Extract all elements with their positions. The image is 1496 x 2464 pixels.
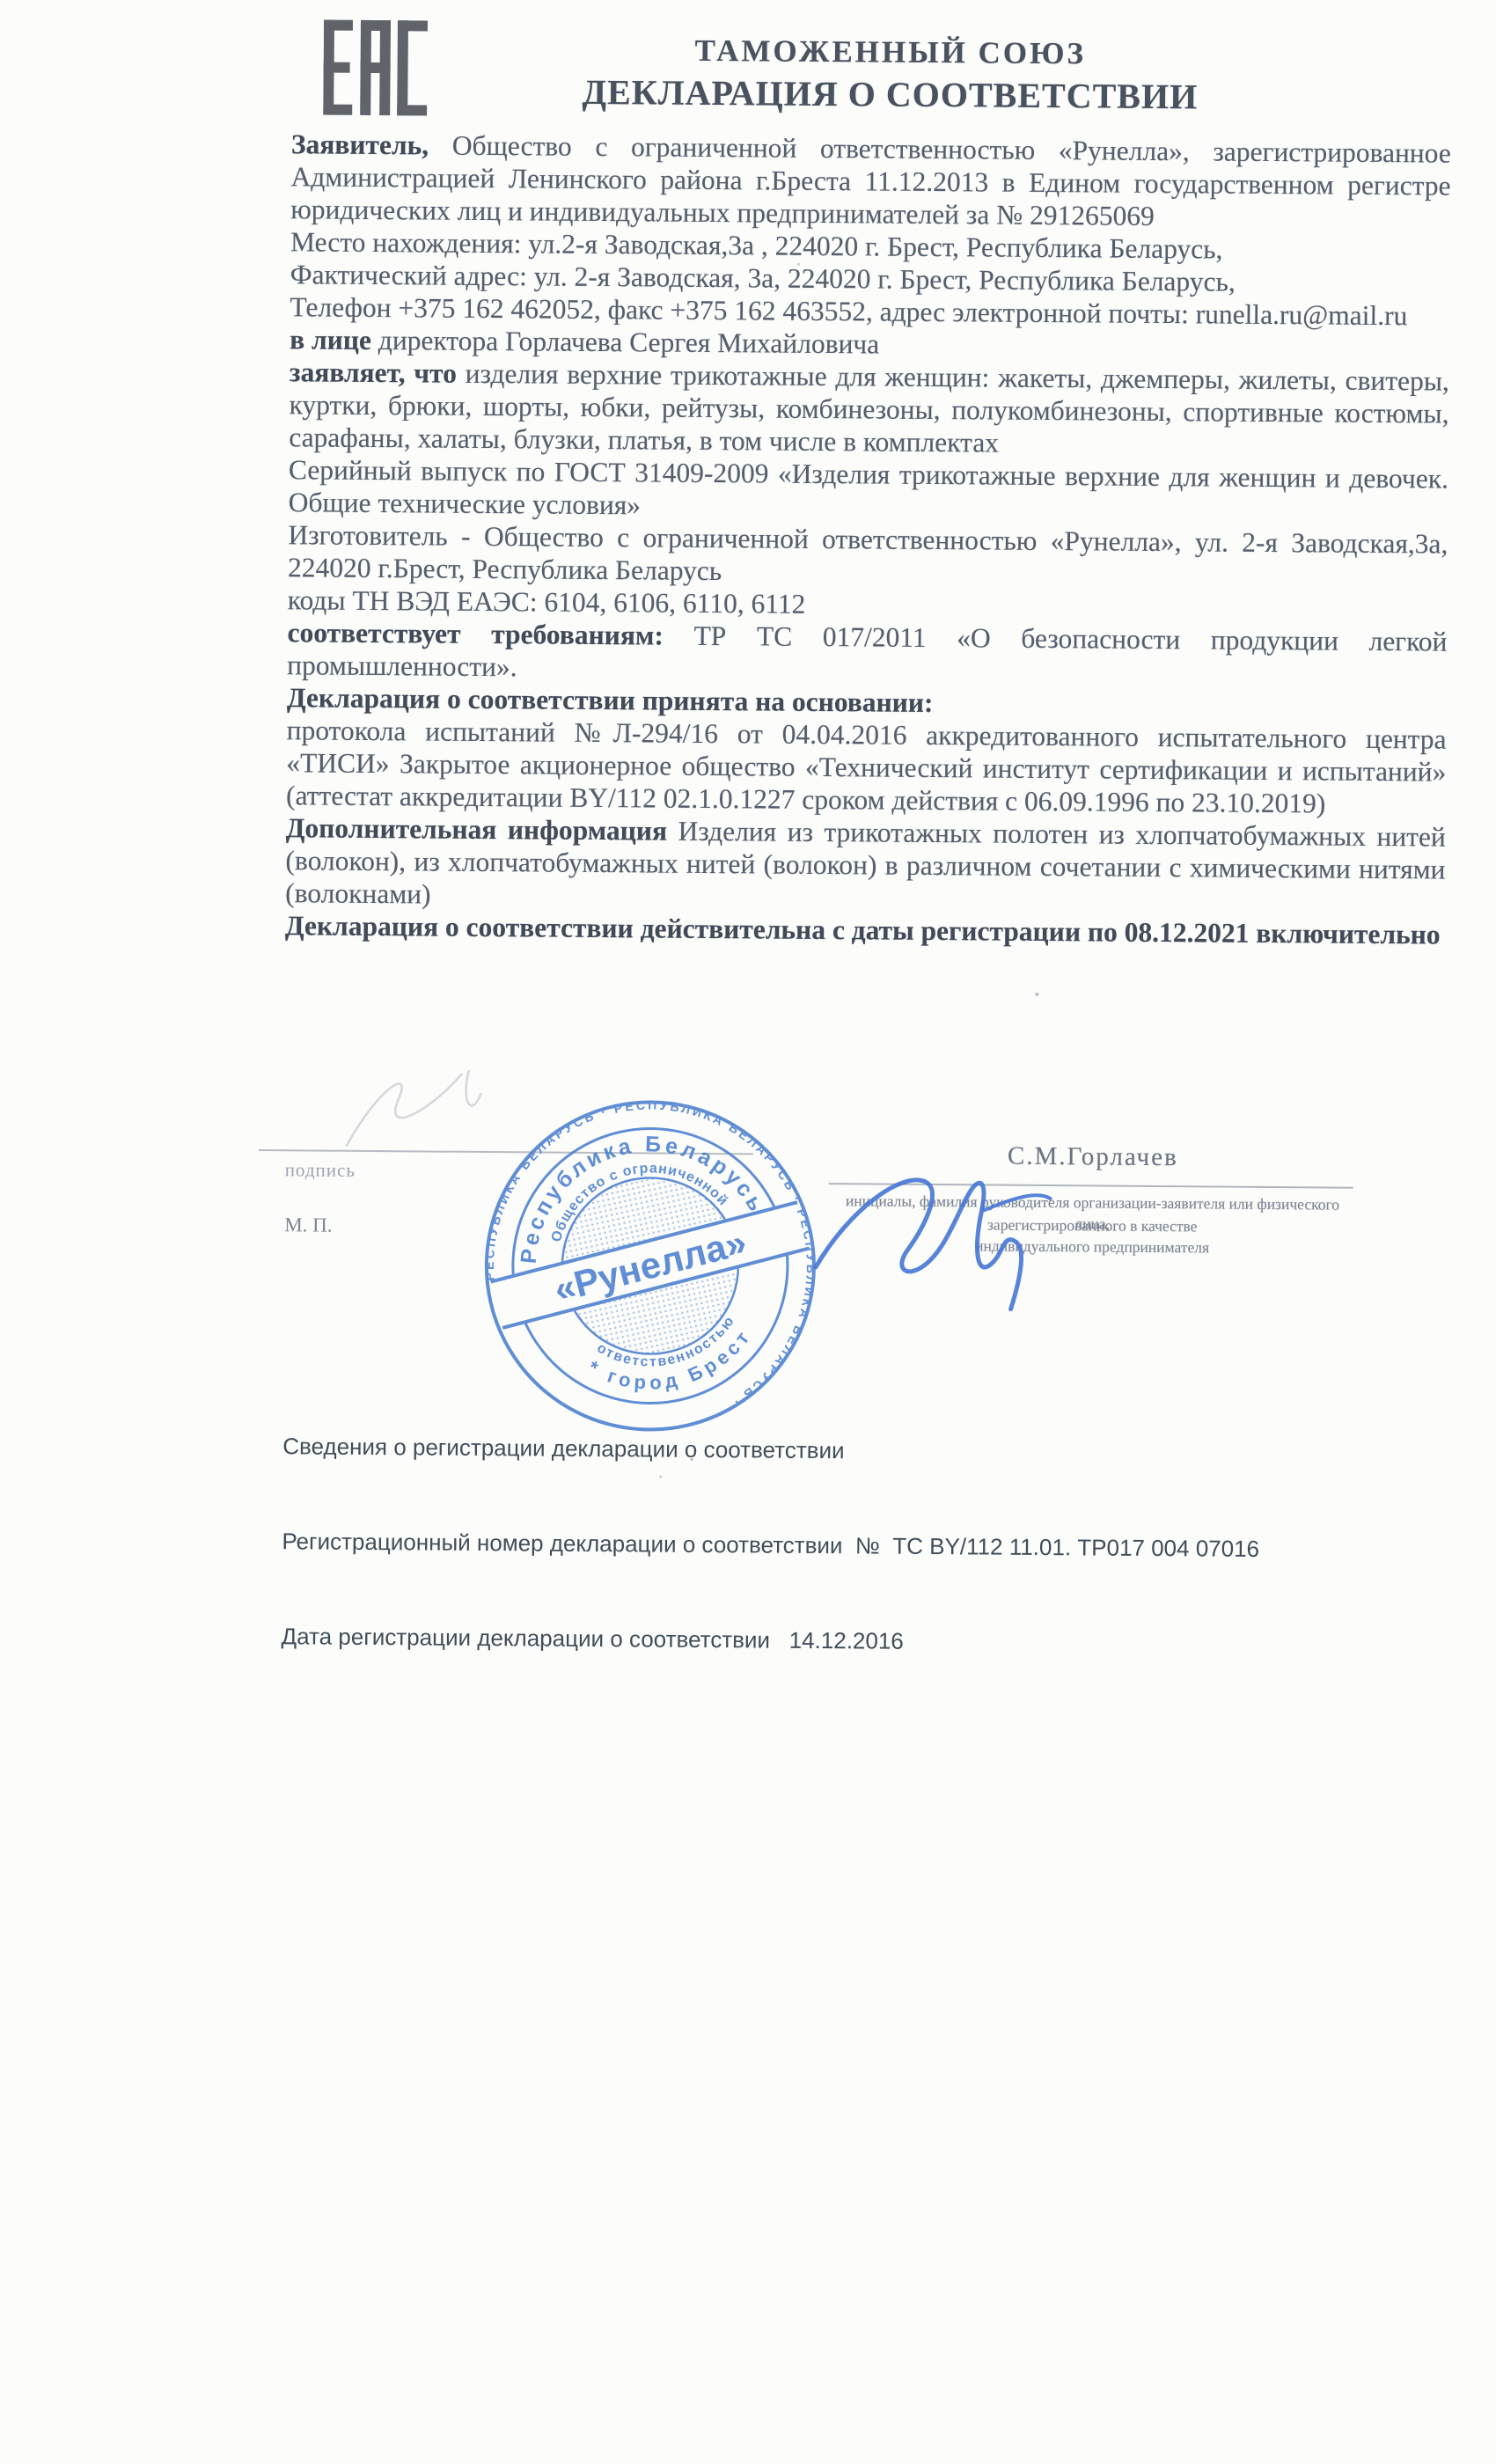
paragraph: протокола испытаний №Л-294/16 от 04.04.2… (286, 714, 1447, 820)
title-line-customs-union: ТАМОЖЕННЫЙ СОЮЗ (495, 29, 1287, 76)
scan-content: ТАМОЖЕННЫЙ СОЮЗ ДЕКЛАРАЦИЯ О СООТВЕТСТВИ… (0, 0, 1496, 2464)
registration-date-label: Дата регистрации декларации о соответств… (281, 1623, 788, 1654)
registration-number-value: ТС BY/112 11.01. ТР017 004 07016 (892, 1533, 1259, 1562)
paragraph-lead: в лице (290, 324, 371, 356)
registration-number-line: Регистрационный номер декларации о соотв… (282, 1525, 1259, 1565)
declaration-body: Заявитель, Общество с ограниченной ответ… (285, 128, 1451, 950)
handwritten-signature (799, 1135, 1065, 1339)
registration-info: Сведения о регистрации декларации о соот… (281, 1367, 1261, 1723)
signature-line-caption: подпись (285, 1159, 356, 1182)
paragraph-lead: Заявитель, (291, 128, 429, 160)
scan-speck (690, 1458, 693, 1461)
registration-date-value: 14.12.2016 (789, 1627, 904, 1654)
scan-speck (797, 263, 800, 266)
paragraph: Изготовитель - Общество с ограниченной о… (288, 518, 1448, 592)
paragraph: Заявитель, Общество с ограниченной ответ… (290, 128, 1451, 234)
stamp-place-label: М. П. (284, 1214, 333, 1236)
paragraph: Серийный выпуск по ГОСТ 31409-2009 «Изде… (289, 453, 1449, 527)
paragraph: соответствует требованиям: ТР ТС 017/201… (287, 616, 1448, 690)
scan-speck (1035, 993, 1038, 996)
eac-mark-icon (323, 19, 428, 119)
paragraph: заявляет, что изделия верхние трикотажны… (289, 356, 1449, 462)
paragraph: Дополнительная информация Изделия из три… (285, 811, 1446, 918)
paragraph-lead: Дополнительная информация (286, 812, 668, 846)
document-title: ТАМОЖЕННЫЙ СОЮЗ ДЕКЛАРАЦИЯ О СООТВЕТСТВИ… (494, 29, 1287, 120)
paragraph-lead: соответствует требованиям: (287, 617, 664, 650)
scan-speck (659, 1476, 662, 1478)
paragraph-lead: заявляет, что (290, 356, 457, 388)
registration-number-label: Регистрационный номер декларации о соотв… (282, 1528, 892, 1558)
scanned-declaration-page: ТАМОЖЕННЫЙ СОЮЗ ДЕКЛАРАЦИЯ О СООТВЕТСТВИ… (0, 0, 1496, 2464)
registration-heading: Сведения о регистрации декларации о соот… (282, 1430, 1260, 1470)
title-line-declaration: ДЕКЛАРАЦИЯ О СООТВЕТСТВИИ (494, 70, 1286, 120)
registration-date-line: Дата регистрации декларации о соответств… (281, 1620, 1258, 1660)
